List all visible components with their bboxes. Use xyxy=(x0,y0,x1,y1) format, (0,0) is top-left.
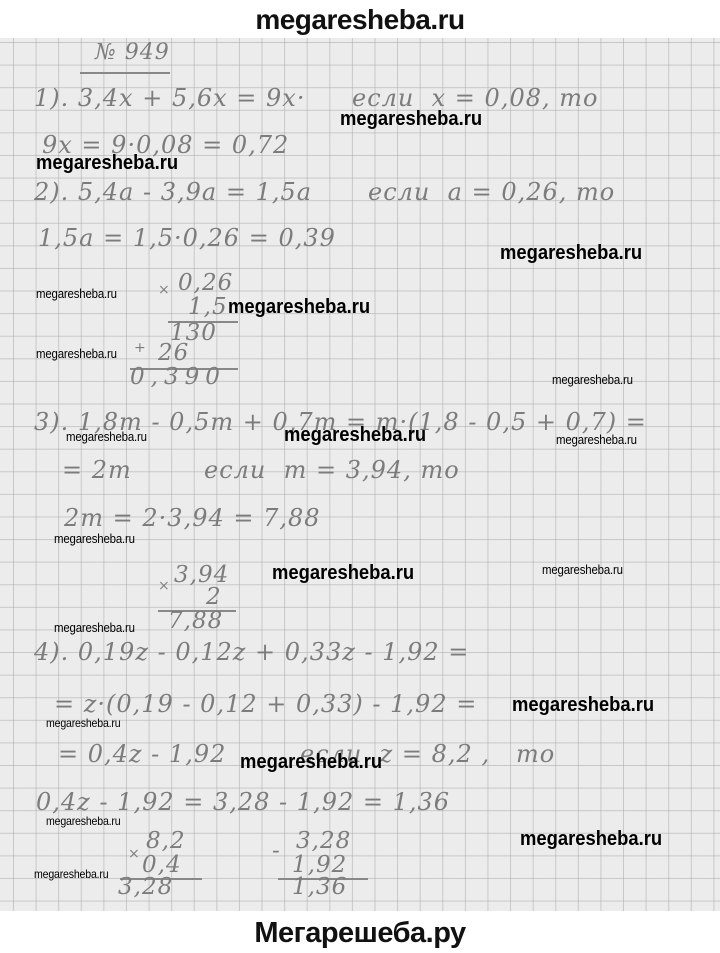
watermark: megaresheba.ru xyxy=(500,242,642,265)
part2-partial2: 26 xyxy=(158,340,189,366)
notebook-page: № 949 1). 3,4x + 5,6x = 9x· если x = 0,0… xyxy=(0,38,720,911)
part2-mult-sign: × xyxy=(158,282,171,298)
part3-condition: если m = 3,94, то xyxy=(204,456,460,484)
part4-minuend: 3,28 xyxy=(296,828,351,854)
part2-substitution: 1,5a = 1,5·0,26 = 0,39 xyxy=(38,224,336,252)
watermark: megaresheba.ru xyxy=(36,346,117,361)
part4-minus-sign: - xyxy=(272,838,281,864)
watermark: megaresheba.ru xyxy=(54,531,135,546)
part4-substitution: 0,4z - 1,92 = 3,28 - 1,92 = 1,36 xyxy=(36,788,450,816)
watermark: megaresheba.ru xyxy=(36,286,117,301)
watermark: megaresheba.ru xyxy=(542,562,623,577)
watermark: megaresheba.ru xyxy=(512,694,654,717)
part4-simplified: = 0,4z - 1,92 xyxy=(58,740,226,768)
site-footer: Мегарешеба.ру xyxy=(0,913,720,953)
problem-number: № 949 xyxy=(95,40,170,65)
watermark: megaresheba.ru xyxy=(54,620,135,635)
part3-column-result: 7,88 xyxy=(168,608,223,634)
watermark: megaresheba.ru xyxy=(46,814,120,828)
part4-mult-sign: × xyxy=(128,846,141,862)
part4-mult-result: 3,28 xyxy=(118,874,173,900)
part4-multiplicand: 8,2 xyxy=(146,828,186,854)
watermark: megaresheba.ru xyxy=(46,716,120,730)
watermark: megaresheba.ru xyxy=(284,424,426,447)
part4-factored: = z·(0,19 - 0,12 + 0,33) - 1,92 = xyxy=(54,690,477,718)
watermark: megaresheba.ru xyxy=(66,429,147,444)
part3-multiplier: 2 xyxy=(206,584,222,610)
watermark: megaresheba.ru xyxy=(272,562,414,585)
problem-number-underline xyxy=(80,72,170,74)
watermark: megaresheba.ru xyxy=(228,296,370,319)
part2-condition: если a = 0,26, то xyxy=(368,178,615,206)
part3-result-2m: = 2m xyxy=(62,456,132,484)
part2-multiplier: 1,5 xyxy=(188,294,228,320)
watermark: megaresheba.ru xyxy=(34,867,108,881)
watermark: megaresheba.ru xyxy=(556,432,637,447)
part3-mult-sign: × xyxy=(158,578,171,594)
part3-substitution: 2m = 2·3,94 = 7,88 xyxy=(64,504,321,532)
watermark: megaresheba.ru xyxy=(520,828,662,851)
watermark: megaresheba.ru xyxy=(340,108,482,131)
part2-equation: 2). 5,4a - 3,9a = 1,5a xyxy=(34,178,312,206)
part1-equation: 1). 3,4x + 5,6x = 9x· xyxy=(34,84,305,112)
watermark: megaresheba.ru xyxy=(36,152,178,175)
watermark: megaresheba.ru xyxy=(240,751,382,774)
part4-expression: 4). 0,19z - 0,12z + 0,33z - 1,92 = xyxy=(34,638,469,666)
site-header: megaresheba.ru xyxy=(0,2,720,38)
part2-column-result: 0,390 xyxy=(130,364,226,390)
part2-multiplicand: 0,26 xyxy=(178,270,233,296)
part2-plus-sign: + xyxy=(134,340,147,356)
watermark: megaresheba.ru xyxy=(552,372,633,387)
part4-sub-result: 1,36 xyxy=(292,874,347,900)
